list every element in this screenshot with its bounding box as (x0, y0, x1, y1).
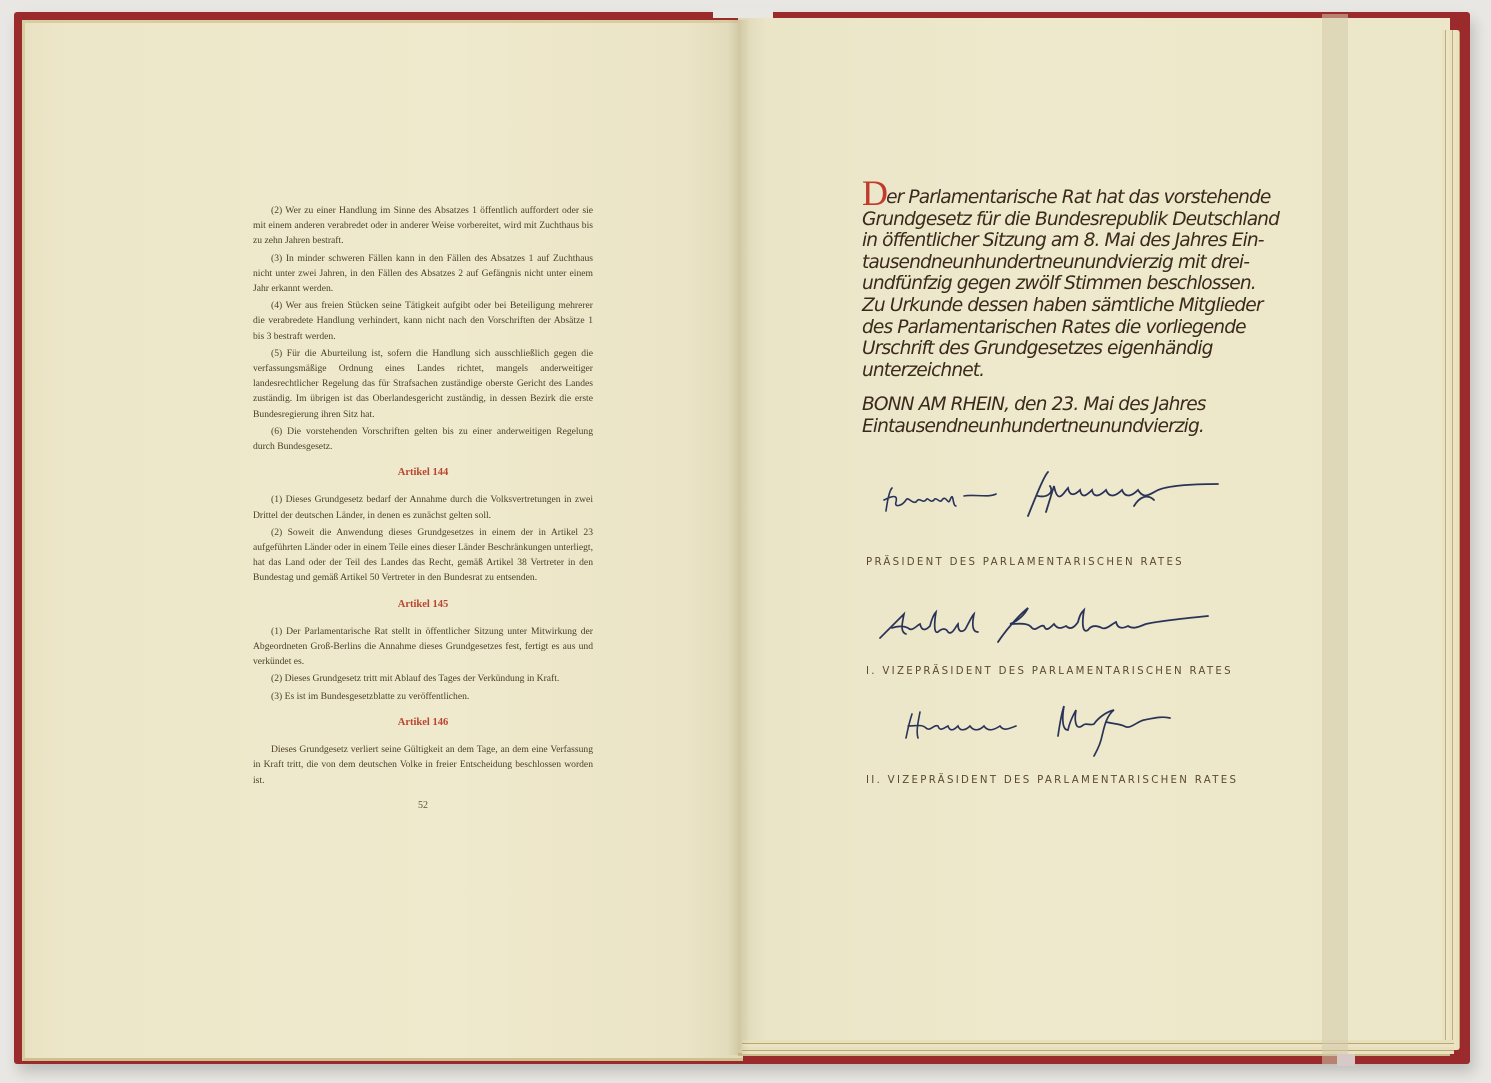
paragraph: (2) Dieses Grundgesetz tritt mit Ablauf … (253, 671, 593, 686)
proclamation-line: Grundgesetz für die Bundesrepublik Deuts… (862, 209, 1257, 231)
paragraph: (1) Der Parlamentarische Rat stellt in ö… (253, 624, 593, 670)
article-heading: Artikel 146 (253, 715, 593, 730)
article-heading: Artikel 144 (253, 465, 593, 480)
spine-gap (713, 8, 773, 18)
place-date-line: BONN AM RHEIN, den 23. Mai des Jahres (862, 394, 1257, 416)
signatory-title: I. VIZEPRÄSIDENT DES PARLAMENTARISCHEN R… (866, 666, 1256, 677)
paragraph: (6) Die vorstehenden Vorschriften gelten… (253, 424, 593, 454)
paragraph: (3) In minder schweren Fällen kann in de… (253, 251, 593, 297)
proclamation-line: unterzeichnet. (862, 360, 1257, 382)
proclamation-line: des Parlamentarischen Rates die vorliege… (862, 317, 1257, 339)
article-heading: Artikel 145 (253, 597, 593, 612)
handwritten-signature-icon (900, 700, 1180, 760)
proclamation-text: Der Parlamentarische Rat hat das vorsteh… (862, 183, 1257, 438)
book-gutter (728, 20, 750, 1055)
signatory-title: PRÄSIDENT DES PARLAMENTARISCHEN RATES (866, 557, 1256, 568)
paragraph: (5) Für die Aburteilung ist, sofern die … (253, 346, 593, 422)
bookmark-ribbon[interactable] (1322, 14, 1348, 1064)
handwritten-signature-icon (878, 466, 1248, 524)
place-date-line: Eintausendneunhundertneunundvierzig. (862, 416, 1257, 438)
proclamation-line: Der Parlamentarische Rat hat das vorsteh… (862, 183, 1257, 209)
signature-schaefer (900, 700, 1180, 760)
paragraph: (1) Dieses Grundgesetz bedarf der Annahm… (253, 492, 593, 522)
bookmark-ribbon-tail (1337, 1054, 1355, 1066)
handwritten-signature-icon (878, 600, 1228, 648)
drop-cap: D (862, 173, 887, 213)
signatory-title: II. VIZEPRÄSIDENT DES PARLAMENTARISCHEN … (866, 775, 1256, 786)
paragraph: (2) Soweit die Anwendung dieses Grundges… (253, 525, 593, 586)
paragraph: (2) Wer zu einer Handlung im Sinne des A… (253, 203, 593, 249)
proclamation-line: in öffentlicher Sitzung am 8. Mai des Ja… (862, 230, 1257, 252)
proclamation-line: Urschrift des Grundgesetzes eigenhändig (862, 338, 1257, 360)
signature-adenauer (878, 466, 1248, 524)
proclamation-line: undfünfzig gegen zwölf Stimmen beschloss… (862, 273, 1257, 295)
page-edges-right (1442, 30, 1460, 1050)
paragraph: (3) Es ist im Bundesgesetzblatte zu verö… (253, 689, 593, 704)
paragraph: (4) Wer aus freien Stücken seine Tätigke… (253, 298, 593, 344)
proclamation-line: Zu Urkunde dessen haben sämtliche Mitgli… (862, 295, 1257, 317)
page-number: 52 (253, 798, 593, 813)
paragraph: Dieses Grundgesetz verliert seine Gültig… (253, 742, 593, 788)
signature-schoenfelder (878, 600, 1228, 648)
proclamation-line: tausendneunhundertneunundvierzig mit dre… (862, 252, 1257, 274)
left-page-text: (2) Wer zu einer Handlung im Sinne des A… (253, 203, 593, 815)
